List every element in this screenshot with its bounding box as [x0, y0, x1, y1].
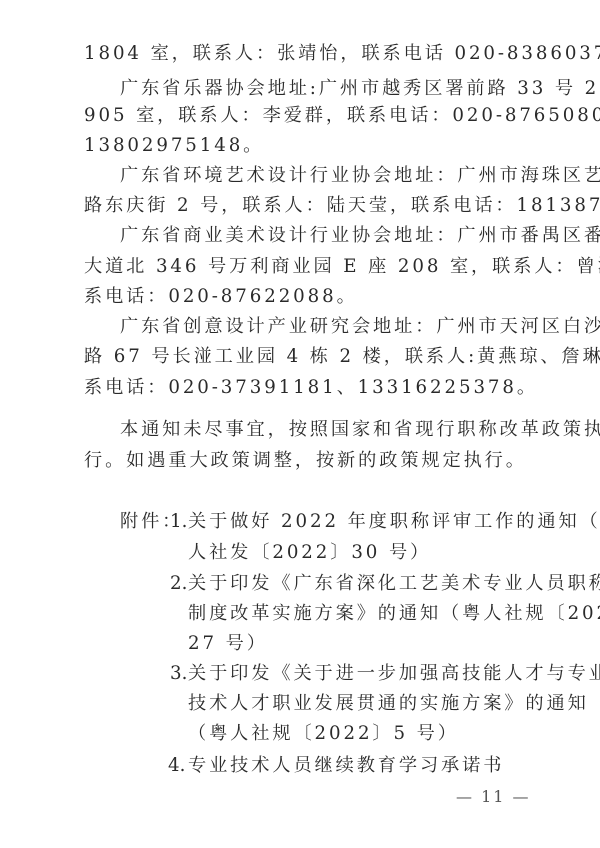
- contact-line: 大道北 346 号万利商业园 E 座 208 室，联系人：曾海丹，联: [84, 257, 524, 277]
- attachment-item-line: 关于印发《关于进一步加强高技能人才与专业: [188, 664, 524, 684]
- attachment-number: 3.: [170, 664, 187, 684]
- closing-paragraph-line: 本通知未尽事宜，按照国家和省现行职称改革政策执: [120, 420, 524, 440]
- contact-line: 广东省商业美术设计行业协会地址：广州市番禺区番禺: [120, 226, 524, 246]
- contact-line: 1804 室，联系人：张靖怡，联系电话 020-83860378 转 614。: [84, 44, 524, 64]
- attachment-item-line: 技术人才职业发展贯通的实施方案》的通知: [188, 694, 524, 714]
- contact-line: 广东省创意设计产业研究会地址：广州市天河区白沙水: [120, 317, 524, 337]
- attachment-item-line: 制度改革实施方案》的通知（粤人社规〔2021〕: [188, 604, 524, 624]
- attachment-item-line: （粤人社规〔2022〕5 号）: [188, 724, 524, 744]
- contact-line: 广东省环境艺术设计行业协会地址：广州市海珠区艺苑: [120, 166, 524, 186]
- contact-line: 广东省乐器协会地址:广州市越秀区署前路 33 号 2 号楼: [120, 79, 524, 99]
- contact-line: 系电话：020-37391181、13316225378。: [84, 378, 524, 398]
- document-page: 1804 室，联系人：张靖怡，联系电话 020-83860378 转 614。 …: [0, 0, 600, 848]
- contact-line: 路东庆街 2 号，联系人：陆天莹，联系电话：18138705210。: [84, 196, 524, 216]
- contact-line: 13802975148。: [84, 136, 524, 156]
- attachment-number: 2.: [170, 574, 187, 594]
- attachment-item-line: 关于印发《广东省深化工艺美术专业人员职称: [188, 574, 524, 594]
- contact-line: 905 室，联系人：李爱群，联系电话：020-87650808、: [84, 106, 524, 126]
- attachment-number: 1.: [170, 512, 187, 532]
- attachment-item-line: 人社发〔2022〕30 号）: [188, 543, 524, 563]
- attachment-number: 4.: [168, 756, 185, 776]
- page-number: — 11 —: [456, 788, 531, 806]
- attachment-item-line: 专业技术人员继续教育学习承诺书: [188, 756, 524, 776]
- closing-paragraph-line: 行。如遇重大政策调整，按新的政策规定执行。: [84, 451, 524, 471]
- contact-line: 路 67 号长湴工业园 4 栋 2 楼，联系人:黄燕琼、詹琳英，联: [84, 347, 524, 367]
- contact-line: 系电话：020-87622088。: [84, 287, 524, 307]
- attachment-item-line: 27 号）: [188, 634, 524, 654]
- attachment-item-line: 关于做好 2022 年度职称评审工作的通知（粤: [188, 512, 524, 532]
